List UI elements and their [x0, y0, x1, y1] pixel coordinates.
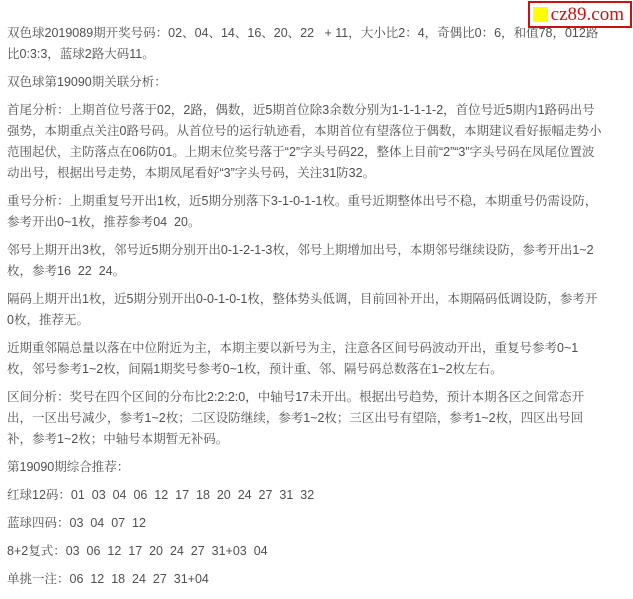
analysis-title: 双色球第19090期关联分析：: [7, 72, 603, 93]
summary-trend-paragraph: 近期重邻隔总量以落在中位附近为主，本期主要以新号为主，注意各区间号码波动开出，重…: [7, 338, 603, 380]
repeat-number-analysis-paragraph: 重号分析：上期重复号开出1枚，近5期分别落下3-1-0-1-1枚。重号近期整体出…: [7, 191, 603, 233]
logo-yellow-square-icon: [533, 7, 548, 22]
logo-text: cz89.com: [551, 5, 624, 24]
blue-ball-4-line: 蓝球四码：03 04 07 12: [7, 513, 603, 534]
page: cz89.com 双色球2019089期开奖号码：02、04、14、16、20、…: [0, 0, 633, 599]
first-last-analysis-paragraph: 首尾分析：上期首位号落于02，2路，偶数，近5期首位除3余数分别为1-1-1-1…: [7, 100, 603, 184]
interval-analysis-paragraph: 区间分析：奖号在四个区间的分布比2:2:2:0，中轴号17未开出。根据出号趋势，…: [7, 387, 603, 450]
red-ball-12-line: 红球12码：01 03 04 06 12 17 18 20 24 27 31 3…: [7, 485, 603, 506]
recommendation-title: 第19090期综合推荐：: [7, 457, 603, 478]
complex-8plus2-line: 8+2复式：03 06 12 17 20 24 27 31+03 04: [7, 541, 603, 562]
single-bet-line: 单挑一注：06 12 18 24 27 31+04: [7, 569, 603, 590]
skip-number-analysis-paragraph: 隔码上期开出1枚，近5期分别开出0-0-1-0-1枚，整体势头低调，目前回补开出…: [7, 289, 603, 331]
article-content: 双色球2019089期开奖号码：02、04、14、16、20、22 + 11，大…: [7, 23, 603, 597]
adjacent-number-analysis-paragraph: 邻号上期开出3枚，邻号近5期分别开出0-1-2-1-3枚，邻号上期增加出号，本期…: [7, 240, 603, 282]
draw-result-paragraph: 双色球2019089期开奖号码：02、04、14、16、20、22 + 11，大…: [7, 23, 603, 65]
